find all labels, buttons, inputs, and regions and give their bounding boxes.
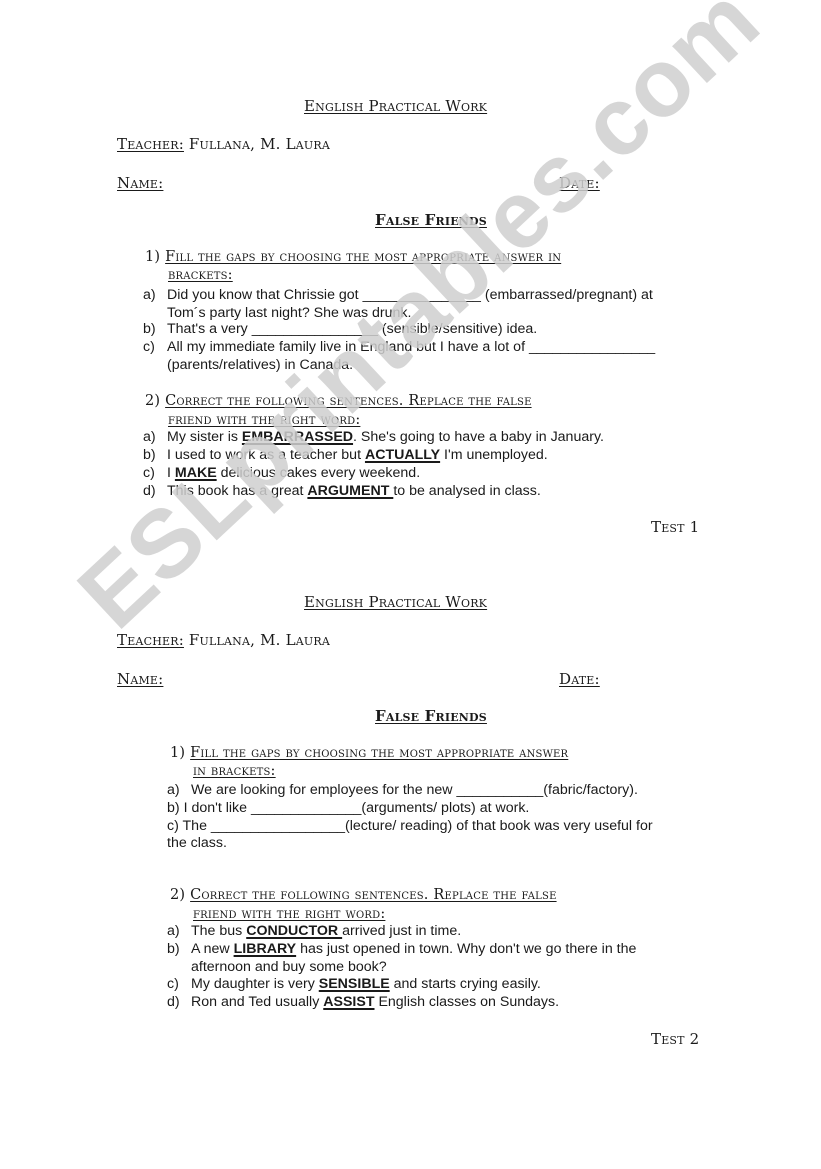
- section-subtitle: False Friends: [375, 211, 487, 229]
- teacher-line: Teacher: Fullana, M. Laura: [117, 631, 330, 649]
- q1-item-a: a)Did you know that Chrissie got _______…: [143, 286, 653, 304]
- worksheet-title: English Practical Work: [304, 97, 487, 115]
- test-label: Test 1: [651, 518, 699, 536]
- q1-item-c: c) The _________________(lecture/ readin…: [167, 817, 653, 835]
- false-friend-keyword: CONDUCTOR: [246, 923, 342, 939]
- question-instruction: Fill the gaps by choosing the most appro…: [165, 249, 561, 265]
- teacher-name: Fullana, M. Laura: [184, 135, 330, 153]
- q2-item-c: c)I MAKE delicious cakes every weekend.: [143, 464, 420, 482]
- q1-item-b: b) I don't like ______________(arguments…: [167, 799, 529, 817]
- date-label: Date:: [559, 670, 600, 688]
- q2-item-a: a)My sister is EMBARRASSED. She's going …: [143, 428, 604, 446]
- question-instruction: Correct the following sentences. Replace…: [165, 393, 531, 409]
- test-label: Test 2: [651, 1030, 699, 1048]
- q2-item-b: b)I used to work as a teacher but ACTUAL…: [143, 446, 548, 464]
- question-number: 2): [145, 393, 160, 409]
- q1-item-a: a)We are looking for employees for the n…: [167, 781, 638, 799]
- teacher-line: Teacher: Fullana, M. Laura: [117, 135, 330, 153]
- name-label: Name:: [117, 670, 163, 688]
- false-friend-keyword: LIBRARY: [234, 941, 297, 957]
- question-instruction: Fill the gaps by choosing the most appro…: [190, 745, 568, 761]
- q2-item-b-cont: afternoon and buy some book?: [191, 958, 387, 976]
- date-label: Date:: [559, 174, 600, 192]
- q1-item-c: c)All my immediate family live in Englan…: [143, 338, 655, 356]
- question-number: 1): [145, 249, 160, 265]
- question-instruction-cont: brackets:: [168, 266, 233, 284]
- false-friend-keyword: ARGUMENT: [307, 483, 393, 499]
- teacher-label: Teacher:: [117, 631, 184, 649]
- question-instruction-cont: friend with the right word:: [168, 411, 360, 429]
- question-1-heading: 1) Fill the gaps by choosing the most ap…: [145, 248, 561, 266]
- question-2-heading: 2) Correct the following sentences. Repl…: [170, 886, 557, 904]
- worksheet-page: English Practical Work Teacher: Fullana,…: [0, 0, 821, 1169]
- q2-item-b: b)A new LIBRARY has just opened in town.…: [167, 940, 636, 958]
- worksheet-title: English Practical Work: [304, 593, 487, 611]
- q2-item-c: c)My daughter is very SENSIBLE and start…: [167, 975, 541, 993]
- question-number: 1): [170, 745, 185, 761]
- q2-item-a: a)The bus CONDUCTOR arrived just in time…: [167, 922, 461, 940]
- q2-item-d: d)Ron and Ted usually ASSIST English cla…: [167, 993, 559, 1011]
- false-friend-keyword: SENSIBLE: [319, 976, 390, 992]
- false-friend-keyword: MAKE: [175, 465, 217, 481]
- false-friend-keyword: EMBARRASSED: [242, 429, 353, 445]
- q1-item-c-cont: the class.: [167, 834, 227, 852]
- q1-item-b: b)That's a very ________________ (sensib…: [143, 320, 537, 338]
- question-instruction: Correct the following sentences. Replace…: [190, 887, 556, 903]
- question-instruction-cont: in brackets:: [193, 762, 276, 780]
- section-subtitle: False Friends: [375, 707, 487, 725]
- q1-item-c-cont: (parents/relatives) in Canada.: [167, 356, 353, 374]
- question-number: 2): [170, 887, 185, 903]
- teacher-label: Teacher:: [117, 135, 184, 153]
- question-2-heading: 2) Correct the following sentences. Repl…: [145, 392, 532, 410]
- false-friend-keyword: ACTUALLY: [365, 447, 440, 463]
- question-instruction-cont: friend with the right word:: [193, 905, 385, 923]
- false-friend-keyword: ASSIST: [323, 994, 374, 1010]
- question-1-heading: 1) Fill the gaps by choosing the most ap…: [170, 744, 568, 762]
- q2-item-d: d)This book has a great ARGUMENT to be a…: [143, 482, 541, 500]
- teacher-name: Fullana, M. Laura: [184, 631, 330, 649]
- name-label: Name:: [117, 174, 163, 192]
